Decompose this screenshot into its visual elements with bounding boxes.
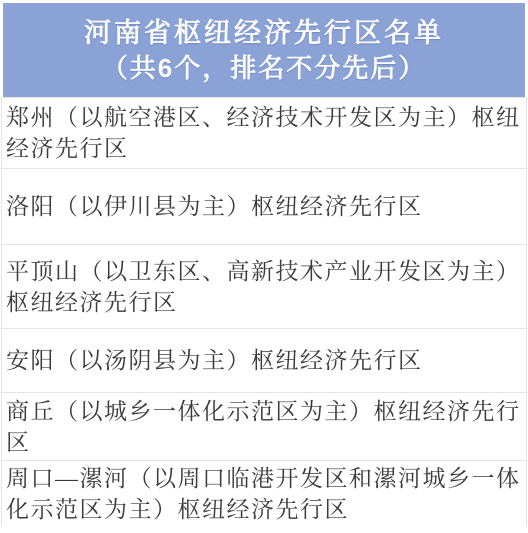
list-item: 郑州（以航空港区、经济技术开发区为主）枢纽经济先行区 [2, 97, 526, 168]
list-item: 平顶山（以卫东区、高新技术产业开发区为主）枢纽经济先行区 [2, 244, 526, 328]
list-item: 安阳（以汤阴县为主）枢纽经济先行区 [2, 328, 526, 392]
page-title: 河南省枢纽经济先行区名单 [84, 15, 444, 51]
list-item: 商丘（以城乡一体化示范区为主）枢纽经济先行区 [2, 392, 526, 460]
poster: 河南省枢纽经济先行区名单 （共6个，排名不分先后） 郑州（以航空港区、经济技术开… [0, 0, 528, 533]
list-item: 周口—漯河（以周口临港开发区和漯河城乡一体化示范区为主）枢纽经济先行区 [2, 460, 526, 526]
region-list: 郑州（以航空港区、经济技术开发区为主）枢纽经济先行区洛阳（以伊川县为主）枢纽经济… [1, 97, 527, 526]
page-subtitle: （共6个，排名不分先后） [102, 51, 426, 86]
header-banner: 河南省枢纽经济先行区名单 （共6个，排名不分先后） [3, 3, 525, 97]
list-item: 洛阳（以伊川县为主）枢纽经济先行区 [2, 168, 526, 244]
